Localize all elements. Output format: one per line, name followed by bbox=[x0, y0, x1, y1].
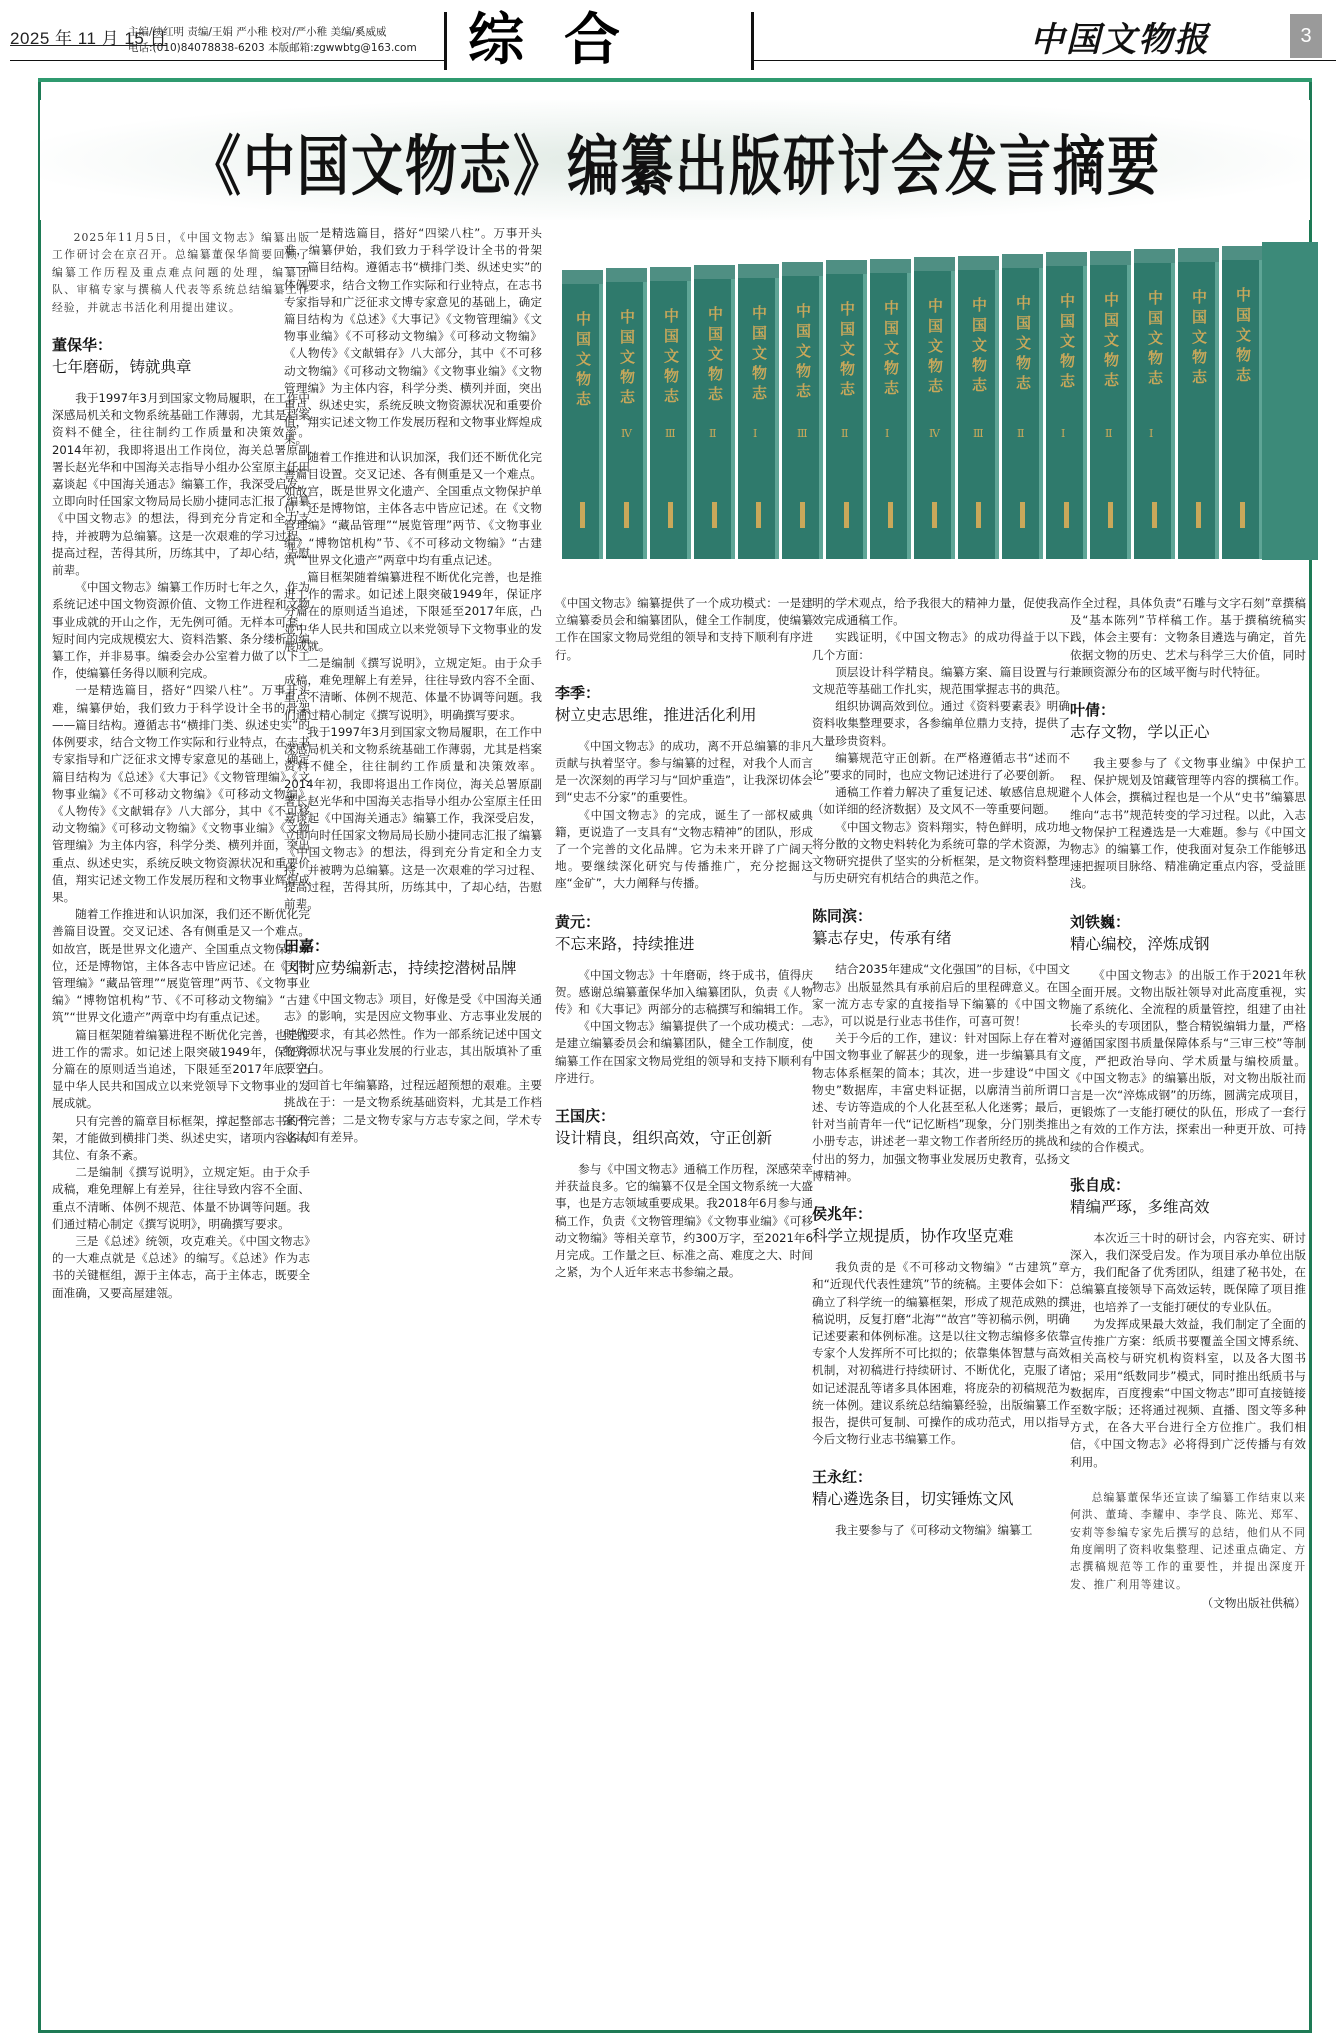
speaker-heading: 陈同滨： 纂志存史，传承有绪 bbox=[812, 905, 1070, 949]
svg-text:物: 物 bbox=[752, 364, 767, 382]
svg-text:中: 中 bbox=[1236, 286, 1251, 304]
svg-text:志: 志 bbox=[664, 387, 680, 405]
svg-text:中: 中 bbox=[928, 297, 943, 315]
paragraph: 明的学术观点，给予我很大的精神力量，促使我高效完成通稿工作。 bbox=[812, 595, 1070, 629]
svg-text:国: 国 bbox=[840, 320, 855, 338]
svg-text:国: 国 bbox=[972, 316, 987, 334]
paragraph: 篇目框架随着编纂进程不断优化完善，也是推进工作的需求。如记述上限突破1949年，… bbox=[284, 569, 542, 655]
book-spine: 中国文物志Ⅱ bbox=[826, 260, 867, 559]
svg-text:文: 文 bbox=[796, 342, 811, 360]
speaker-title: 精心编校，淬炼成钢 bbox=[1070, 933, 1306, 955]
svg-text:中: 中 bbox=[620, 308, 635, 326]
svg-text:物: 物 bbox=[576, 370, 591, 388]
svg-text:物: 物 bbox=[620, 368, 635, 386]
paragraph: 我于1997年3月到国家文物局履职，在工作中深感局机关和文物系统基础工作薄弱，尤… bbox=[52, 390, 310, 579]
speaker-heading: 田嘉： 因时应势编新志，持续挖潜树品牌 bbox=[284, 935, 542, 979]
speaker-heading: 侯兆年： 科学立规提质，协作攻坚克难 bbox=[812, 1203, 1070, 1247]
svg-text:物: 物 bbox=[664, 367, 679, 385]
paragraph: 篇目框架随着编纂进程不断优化完善，也是推进工作的需求。如记述上限突破1949年，… bbox=[52, 1027, 310, 1113]
speaker-heading: 董保华： 七年磨砺，铸就典章 bbox=[52, 334, 310, 378]
section-divider-left bbox=[444, 12, 447, 70]
masthead-rule-left bbox=[10, 60, 444, 61]
speaker-title: 设计精良，组织高效，守正创新 bbox=[555, 1127, 813, 1149]
book-spine: 中国文物志Ⅲ bbox=[782, 262, 823, 559]
frame-top-accent bbox=[38, 78, 1312, 82]
closing-note: 总编纂董保华还宣读了编纂工作结束以来何洪、董琦、李耀申、李学良、陈光、郑军、安莉… bbox=[1070, 1489, 1306, 1593]
article-lead: 2025年11月5日，《中国文物志》编纂出版工作研讨会在京召开。总编纂董保华简要… bbox=[52, 229, 310, 316]
svg-text:物: 物 bbox=[1148, 349, 1163, 367]
svg-text:中: 中 bbox=[840, 300, 855, 318]
paragraph: 我主要参与了《文物事业编》中保护工程、保护规划及馆藏管理等内容的撰稿工作。个人体… bbox=[1070, 755, 1306, 893]
column-4: 明的学术观点，给予我很大的精神力量，促使我高效完成通稿工作。 实践证明，《中国文… bbox=[812, 595, 1070, 1540]
speaker-title: 树立史志思维，推进活化利用 bbox=[555, 704, 813, 726]
speaker-name: 田嘉： bbox=[284, 935, 542, 957]
speaker-name: 刘铁巍： bbox=[1070, 911, 1306, 933]
svg-text:志: 志 bbox=[928, 377, 944, 395]
svg-text:国: 国 bbox=[1060, 312, 1075, 330]
speaker-heading: 李季： 树立史志思维，推进活化利用 bbox=[555, 682, 813, 726]
paragraph: 《中国文物志》十年磨砺，终于成书，值得庆贺。感谢总编纂董保华加入编纂团队，负责《… bbox=[555, 967, 813, 1019]
paragraph: 我主要参与了《可移动文物编》编纂工 bbox=[812, 1522, 1070, 1539]
svg-text:物: 物 bbox=[1236, 346, 1251, 364]
svg-text:Ⅲ: Ⅲ bbox=[973, 427, 984, 440]
speaker-heading: 王国庆： 设计精良，组织高效，守正创新 bbox=[555, 1105, 813, 1149]
svg-text:志: 志 bbox=[1148, 369, 1164, 387]
svg-text:文: 文 bbox=[840, 340, 855, 358]
column-5: 作全过程，具体负责“石雕与文字石刻”章撰稿及“基本陈列”节样稿工作。基于撰稿统稿… bbox=[1070, 595, 1306, 1612]
svg-text:Ⅰ: Ⅰ bbox=[1149, 427, 1153, 440]
book-spine: 中国文物志Ⅰ bbox=[1134, 249, 1175, 559]
paragraph: 实践证明，《中国文物志》的成功得益于以下几个方面： bbox=[812, 629, 1070, 663]
svg-text:文: 文 bbox=[708, 345, 723, 363]
article-headline: 《中国文物志》编纂出版研讨会发言摘要 bbox=[189, 113, 1161, 207]
speaker-name: 王国庆： bbox=[555, 1105, 813, 1127]
paragraph: 我于1997年3月到国家文物局履职，在工作中深感局机关和文物系统基础工作薄弱，尤… bbox=[284, 724, 542, 913]
speaker-title: 志存文物，学以正心 bbox=[1070, 721, 1306, 743]
section-title: 综合 bbox=[468, 10, 660, 70]
paragraph: 《中国文物志》编纂工作历时七年之久，作为系统记述中国文物资源价值、文物工作进程和… bbox=[52, 579, 310, 682]
column-2: 一是精选篇目，搭好“四梁八柱”。万事开头难，编纂伊始，我们致力于科学设计全书的骨… bbox=[284, 225, 542, 1146]
svg-text:中: 中 bbox=[708, 305, 723, 323]
svg-text:中: 中 bbox=[884, 299, 899, 317]
paragraph: 《中国文物志》编纂提供了一个成功模式：一是建立编纂委员会和编纂团队，健全工作制度… bbox=[555, 1018, 813, 1087]
svg-text:志: 志 bbox=[840, 380, 856, 398]
paragraph: 一是精选篇目，搭好“四梁八柱”。万事开头难，编纂伊始，我们致力于科学设计全书的骨… bbox=[284, 225, 542, 449]
paragraph: 本次近三十时的研讨会，内容充实、研讨深入，我们深受启发。作为项目承办单位出版方，… bbox=[1070, 1230, 1306, 1316]
svg-text:国: 国 bbox=[1104, 311, 1119, 329]
paragraph: 关于今后的工作，建议：针对国际上存在着对中国文物事业了解甚少的现象，进一步编纂具… bbox=[812, 1030, 1070, 1185]
svg-text:物: 物 bbox=[708, 365, 723, 383]
book-spine: 中国文物志Ⅰ bbox=[738, 264, 779, 559]
page-number-badge: 3 bbox=[1290, 14, 1322, 58]
svg-text:文: 文 bbox=[1192, 328, 1207, 346]
svg-text:国: 国 bbox=[928, 317, 943, 335]
speaker-name: 董保华： bbox=[52, 334, 310, 356]
speaker-title: 不忘来路，持续推进 bbox=[555, 933, 813, 955]
credits-contact: 电话:(010)84078838-6203 本版邮箱:zgwwbtg@163.c… bbox=[128, 40, 417, 56]
paragraph: 我负责的是《不可移动文物编》“古建筑”章和“近现代代表性建筑”节的统稿。主要体会… bbox=[812, 1259, 1070, 1448]
paragraph: 编纂规范守正创新。在严格遵循志书“述而不论”要求的同时，也应文物记述进行了必要创… bbox=[812, 750, 1070, 784]
svg-text:中: 中 bbox=[1016, 294, 1031, 312]
book-spine: 中国文物志Ⅲ bbox=[650, 267, 691, 559]
speaker-name: 黄元： bbox=[555, 911, 813, 933]
speaker-heading: 黄元： 不忘来路，持续推进 bbox=[555, 911, 813, 955]
paragraph: 只有完善的篇章目标框架，撑起整部志书的骨架，才能做到横排门类、纵述史实，诸项内容… bbox=[52, 1113, 310, 1165]
paragraph: 参与《中国文物志》通稿工作历程，深感荣幸并获益良多。它的编纂不仅是全国文物系统一… bbox=[555, 1161, 813, 1281]
svg-text:Ⅳ: Ⅳ bbox=[621, 427, 633, 440]
credits-editors: 主编/续红明 责编/王娟 严小稚 校对/严小稚 美编/奚威威 bbox=[128, 24, 417, 40]
book-spine: 中国文物志Ⅳ bbox=[914, 257, 955, 559]
svg-text:国: 国 bbox=[1016, 314, 1031, 332]
svg-text:物: 物 bbox=[972, 356, 987, 374]
section-divider-right bbox=[751, 12, 754, 70]
book-set-photo: 中国文物志中国文物志Ⅳ中国文物志Ⅲ中国文物志Ⅱ中国文物志Ⅰ中国文物志Ⅲ中国文物志… bbox=[548, 232, 1318, 582]
svg-text:国: 国 bbox=[1236, 306, 1251, 324]
paragraph: 二是编制《撰写说明》，立规定矩。由于众手成稿，难免理解上有差异，往往导致内容不全… bbox=[52, 1164, 310, 1233]
svg-text:物: 物 bbox=[884, 359, 899, 377]
paragraph: 作全过程，具体负责“石雕与文字石刻”章撰稿及“基本陈列”节样稿工作。基于撰稿统稿… bbox=[1070, 595, 1306, 681]
column-3: 《中国文物志》编纂提供了一个成功模式：一是建立编纂委员会和编纂团队，健全工作制度… bbox=[555, 595, 813, 1281]
svg-text:志: 志 bbox=[576, 390, 592, 408]
svg-text:文: 文 bbox=[620, 348, 635, 366]
svg-text:文: 文 bbox=[1236, 326, 1251, 344]
svg-text:物: 物 bbox=[928, 357, 943, 375]
svg-text:文: 文 bbox=[752, 344, 767, 362]
svg-text:国: 国 bbox=[576, 330, 591, 348]
column-1: 2025年11月5日，《中国文物志》编纂出版工作研讨会在京召开。总编纂董保华简要… bbox=[52, 225, 310, 1302]
svg-text:中: 中 bbox=[664, 307, 679, 325]
svg-text:国: 国 bbox=[708, 325, 723, 343]
svg-text:Ⅱ: Ⅱ bbox=[1017, 427, 1024, 440]
speaker-name: 张自成： bbox=[1070, 1174, 1306, 1196]
svg-text:中: 中 bbox=[972, 296, 987, 314]
speaker-name: 叶倩： bbox=[1070, 699, 1306, 721]
svg-text:中: 中 bbox=[752, 304, 767, 322]
book-spine: 中国文物志Ⅱ bbox=[1002, 254, 1043, 559]
svg-text:物: 物 bbox=[1060, 352, 1075, 370]
svg-text:志: 志 bbox=[1016, 374, 1032, 392]
speaker-name: 李季： bbox=[555, 682, 813, 704]
svg-text:志: 志 bbox=[972, 376, 988, 394]
svg-text:志: 志 bbox=[1060, 372, 1076, 390]
svg-text:文: 文 bbox=[1060, 332, 1075, 350]
svg-text:国: 国 bbox=[884, 319, 899, 337]
masthead: 2025 年 11 月 15 日 主编/续红明 责编/王娟 严小稚 校对/严小稚… bbox=[0, 0, 1344, 80]
paragraph: 《中国文物志》的完成，诞生了一部权威典籍，更说造了一支具有“文物志精神”的团队，… bbox=[555, 807, 813, 893]
paragraph: 回首七年编纂路，过程远超预想的艰难。主要挑战在于：一是文物系统基础资料，尤其是工… bbox=[284, 1077, 542, 1146]
svg-text:中: 中 bbox=[796, 302, 811, 320]
book-spine: 中国文物志Ⅰ bbox=[870, 259, 911, 559]
book-spine: 中国文物志Ⅱ bbox=[1090, 251, 1131, 559]
svg-text:Ⅲ: Ⅲ bbox=[797, 427, 808, 440]
svg-text:Ⅱ: Ⅱ bbox=[841, 427, 848, 440]
speaker-heading: 刘铁巍： 精心编校，淬炼成钢 bbox=[1070, 911, 1306, 955]
svg-text:志: 志 bbox=[752, 384, 768, 402]
svg-text:Ⅰ: Ⅰ bbox=[753, 427, 757, 440]
speaker-name: 陈同滨： bbox=[812, 905, 1070, 927]
svg-text:Ⅱ: Ⅱ bbox=[1105, 427, 1112, 440]
svg-text:物: 物 bbox=[1192, 348, 1207, 366]
speaker-title: 七年磨砺，铸就典章 bbox=[52, 356, 310, 378]
svg-text:物: 物 bbox=[1104, 351, 1119, 369]
paragraph: 为发挥成果最大效益，我们制定了全面的宣传推广方案：纸质书要覆盖全国文博系统、相关… bbox=[1070, 1316, 1306, 1471]
svg-text:文: 文 bbox=[664, 347, 679, 365]
svg-text:中: 中 bbox=[576, 310, 591, 328]
svg-text:国: 国 bbox=[620, 328, 635, 346]
paragraph: 《中国文物志》资料翔实，特色鲜明，成功地将分散的文物史料转化为系统可靠的学术资源… bbox=[812, 819, 1070, 888]
svg-text:Ⅱ: Ⅱ bbox=[709, 427, 716, 440]
svg-text:文: 文 bbox=[928, 337, 943, 355]
svg-text:志: 志 bbox=[620, 388, 636, 406]
svg-text:Ⅲ: Ⅲ bbox=[665, 427, 676, 440]
speaker-title: 纂志存史，传承有绪 bbox=[812, 927, 1070, 949]
svg-text:中: 中 bbox=[1148, 289, 1163, 307]
svg-text:国: 国 bbox=[1192, 308, 1207, 326]
svg-text:中: 中 bbox=[1104, 291, 1119, 309]
svg-text:物: 物 bbox=[840, 360, 855, 378]
book-spine: 中国文物志 bbox=[1222, 246, 1263, 559]
paragraph: 一是精选篇目，搭好“四梁八柱”。万事开头难，编纂伊始，我们致力于科学设计全书的骨… bbox=[52, 682, 310, 906]
book-spine: 中国文物志 bbox=[1178, 248, 1219, 559]
newspaper-logo: 中国文物报 bbox=[1030, 12, 1210, 61]
slipcase bbox=[1262, 242, 1318, 560]
svg-text:中: 中 bbox=[1192, 288, 1207, 306]
svg-text:志: 志 bbox=[884, 379, 900, 397]
paragraph: 《中国文物志》项目，好像是受《中国海关通志》的影响，实是因应文物事业、方志事业发… bbox=[284, 991, 542, 1077]
paragraph: 随着工作推进和认识加深，我们还不断优化完善篇目设置。交叉记述、各有侧重是又一个难… bbox=[284, 449, 542, 569]
paragraph: 《中国文物志》的出版工作于2021年秋全面开展。文物出版社领导对此高度重视，实施… bbox=[1070, 967, 1306, 1156]
svg-text:文: 文 bbox=[1148, 329, 1163, 347]
source-credit: （文物出版社供稿） bbox=[1070, 1595, 1306, 1612]
svg-text:志: 志 bbox=[708, 385, 724, 403]
paragraph: 结合2035年建成“文化强国”的目标，《中国文物志》出版显然具有承前启后的里程碑… bbox=[812, 961, 1070, 1030]
paragraph: 二是编制《撰写说明》，立规定矩。由于众手成稿，难免理解上有差异，往往导致内容不全… bbox=[284, 655, 542, 724]
speaker-title: 精心遴选条目，切实锤炼文风 bbox=[812, 1488, 1070, 1510]
speaker-title: 精编严琢，多维高效 bbox=[1070, 1196, 1306, 1218]
svg-text:中: 中 bbox=[1060, 292, 1075, 310]
editorial-credits: 主编/续红明 责编/王娟 严小稚 校对/严小稚 美编/奚威威 电话:(010)8… bbox=[128, 24, 417, 56]
paragraph: 通稿工作着力解决了重复记述、敏感信息规避（如详细的经济数据）及文风不一等重要问题… bbox=[812, 784, 1070, 818]
svg-text:志: 志 bbox=[1104, 371, 1120, 389]
svg-text:志: 志 bbox=[1192, 368, 1208, 386]
headline-banner: 《中国文物志》编纂出版研讨会发言摘要 bbox=[40, 100, 1310, 220]
speaker-heading: 张自成： 精编严琢，多维高效 bbox=[1070, 1174, 1306, 1218]
svg-text:文: 文 bbox=[576, 350, 591, 368]
book-spine: 中国文物志Ⅲ bbox=[958, 256, 999, 559]
book-spine: 中国文物志Ⅰ bbox=[1046, 252, 1087, 559]
svg-text:Ⅳ: Ⅳ bbox=[929, 427, 941, 440]
svg-text:国: 国 bbox=[752, 324, 767, 342]
svg-text:文: 文 bbox=[884, 339, 899, 357]
paragraph: 随着工作推进和认识加深，我们还不断优化完善篇目设置。交叉记述、各有侧重是又一个难… bbox=[52, 906, 310, 1026]
svg-text:物: 物 bbox=[1016, 354, 1031, 372]
book-spine: 中国文物志Ⅳ bbox=[606, 268, 647, 559]
speaker-heading: 叶倩： 志存文物，学以正心 bbox=[1070, 699, 1306, 743]
svg-text:志: 志 bbox=[796, 382, 812, 400]
paragraph: 《中国文物志》编纂提供了一个成功模式：一是建立编纂委员会和编纂团队，健全工作制度… bbox=[555, 595, 813, 664]
speaker-heading: 王永红： 精心遴选条目，切实锤炼文风 bbox=[812, 1466, 1070, 1510]
svg-text:Ⅰ: Ⅰ bbox=[885, 427, 889, 440]
svg-text:Ⅰ: Ⅰ bbox=[1061, 427, 1065, 440]
svg-text:文: 文 bbox=[1104, 331, 1119, 349]
svg-text:文: 文 bbox=[972, 336, 987, 354]
book-spine: 中国文物志Ⅱ bbox=[694, 265, 735, 559]
paragraph: 顶层设计科学精良。编纂方案、篇目设置与行文规范等基础工作扎实，规范围掌握志书的典… bbox=[812, 664, 1070, 698]
svg-text:文: 文 bbox=[1016, 334, 1031, 352]
speaker-title: 科学立规提质，协作攻坚克难 bbox=[812, 1225, 1070, 1247]
svg-text:志: 志 bbox=[1236, 366, 1252, 384]
paragraph: 三是《总述》统领，攻克难关。《中国文物志》的一大难点就是《总述》的编写。《总述》… bbox=[52, 1233, 310, 1302]
speaker-name: 侯兆年： bbox=[812, 1203, 1070, 1225]
svg-text:国: 国 bbox=[1148, 309, 1163, 327]
svg-text:物: 物 bbox=[796, 362, 811, 380]
paragraph: 《中国文物志》的成功，离不开总编纂的非凡贡献与执着坚守。参与编纂的过程，对我个人… bbox=[555, 738, 813, 807]
svg-text:国: 国 bbox=[664, 327, 679, 345]
speaker-name: 王永红： bbox=[812, 1466, 1070, 1488]
speaker-title: 因时应势编新志，持续挖潜树品牌 bbox=[284, 957, 542, 979]
books-illustration: 中国文物志中国文物志Ⅳ中国文物志Ⅲ中国文物志Ⅱ中国文物志Ⅰ中国文物志Ⅲ中国文物志… bbox=[548, 232, 1318, 582]
paragraph: 组织协调高效到位。通过《资料要素表》明确资料收集整理要求，各参编单位鼎力支持，提… bbox=[812, 698, 1070, 750]
book-spine: 中国文物志 bbox=[562, 270, 603, 559]
svg-text:国: 国 bbox=[796, 322, 811, 340]
